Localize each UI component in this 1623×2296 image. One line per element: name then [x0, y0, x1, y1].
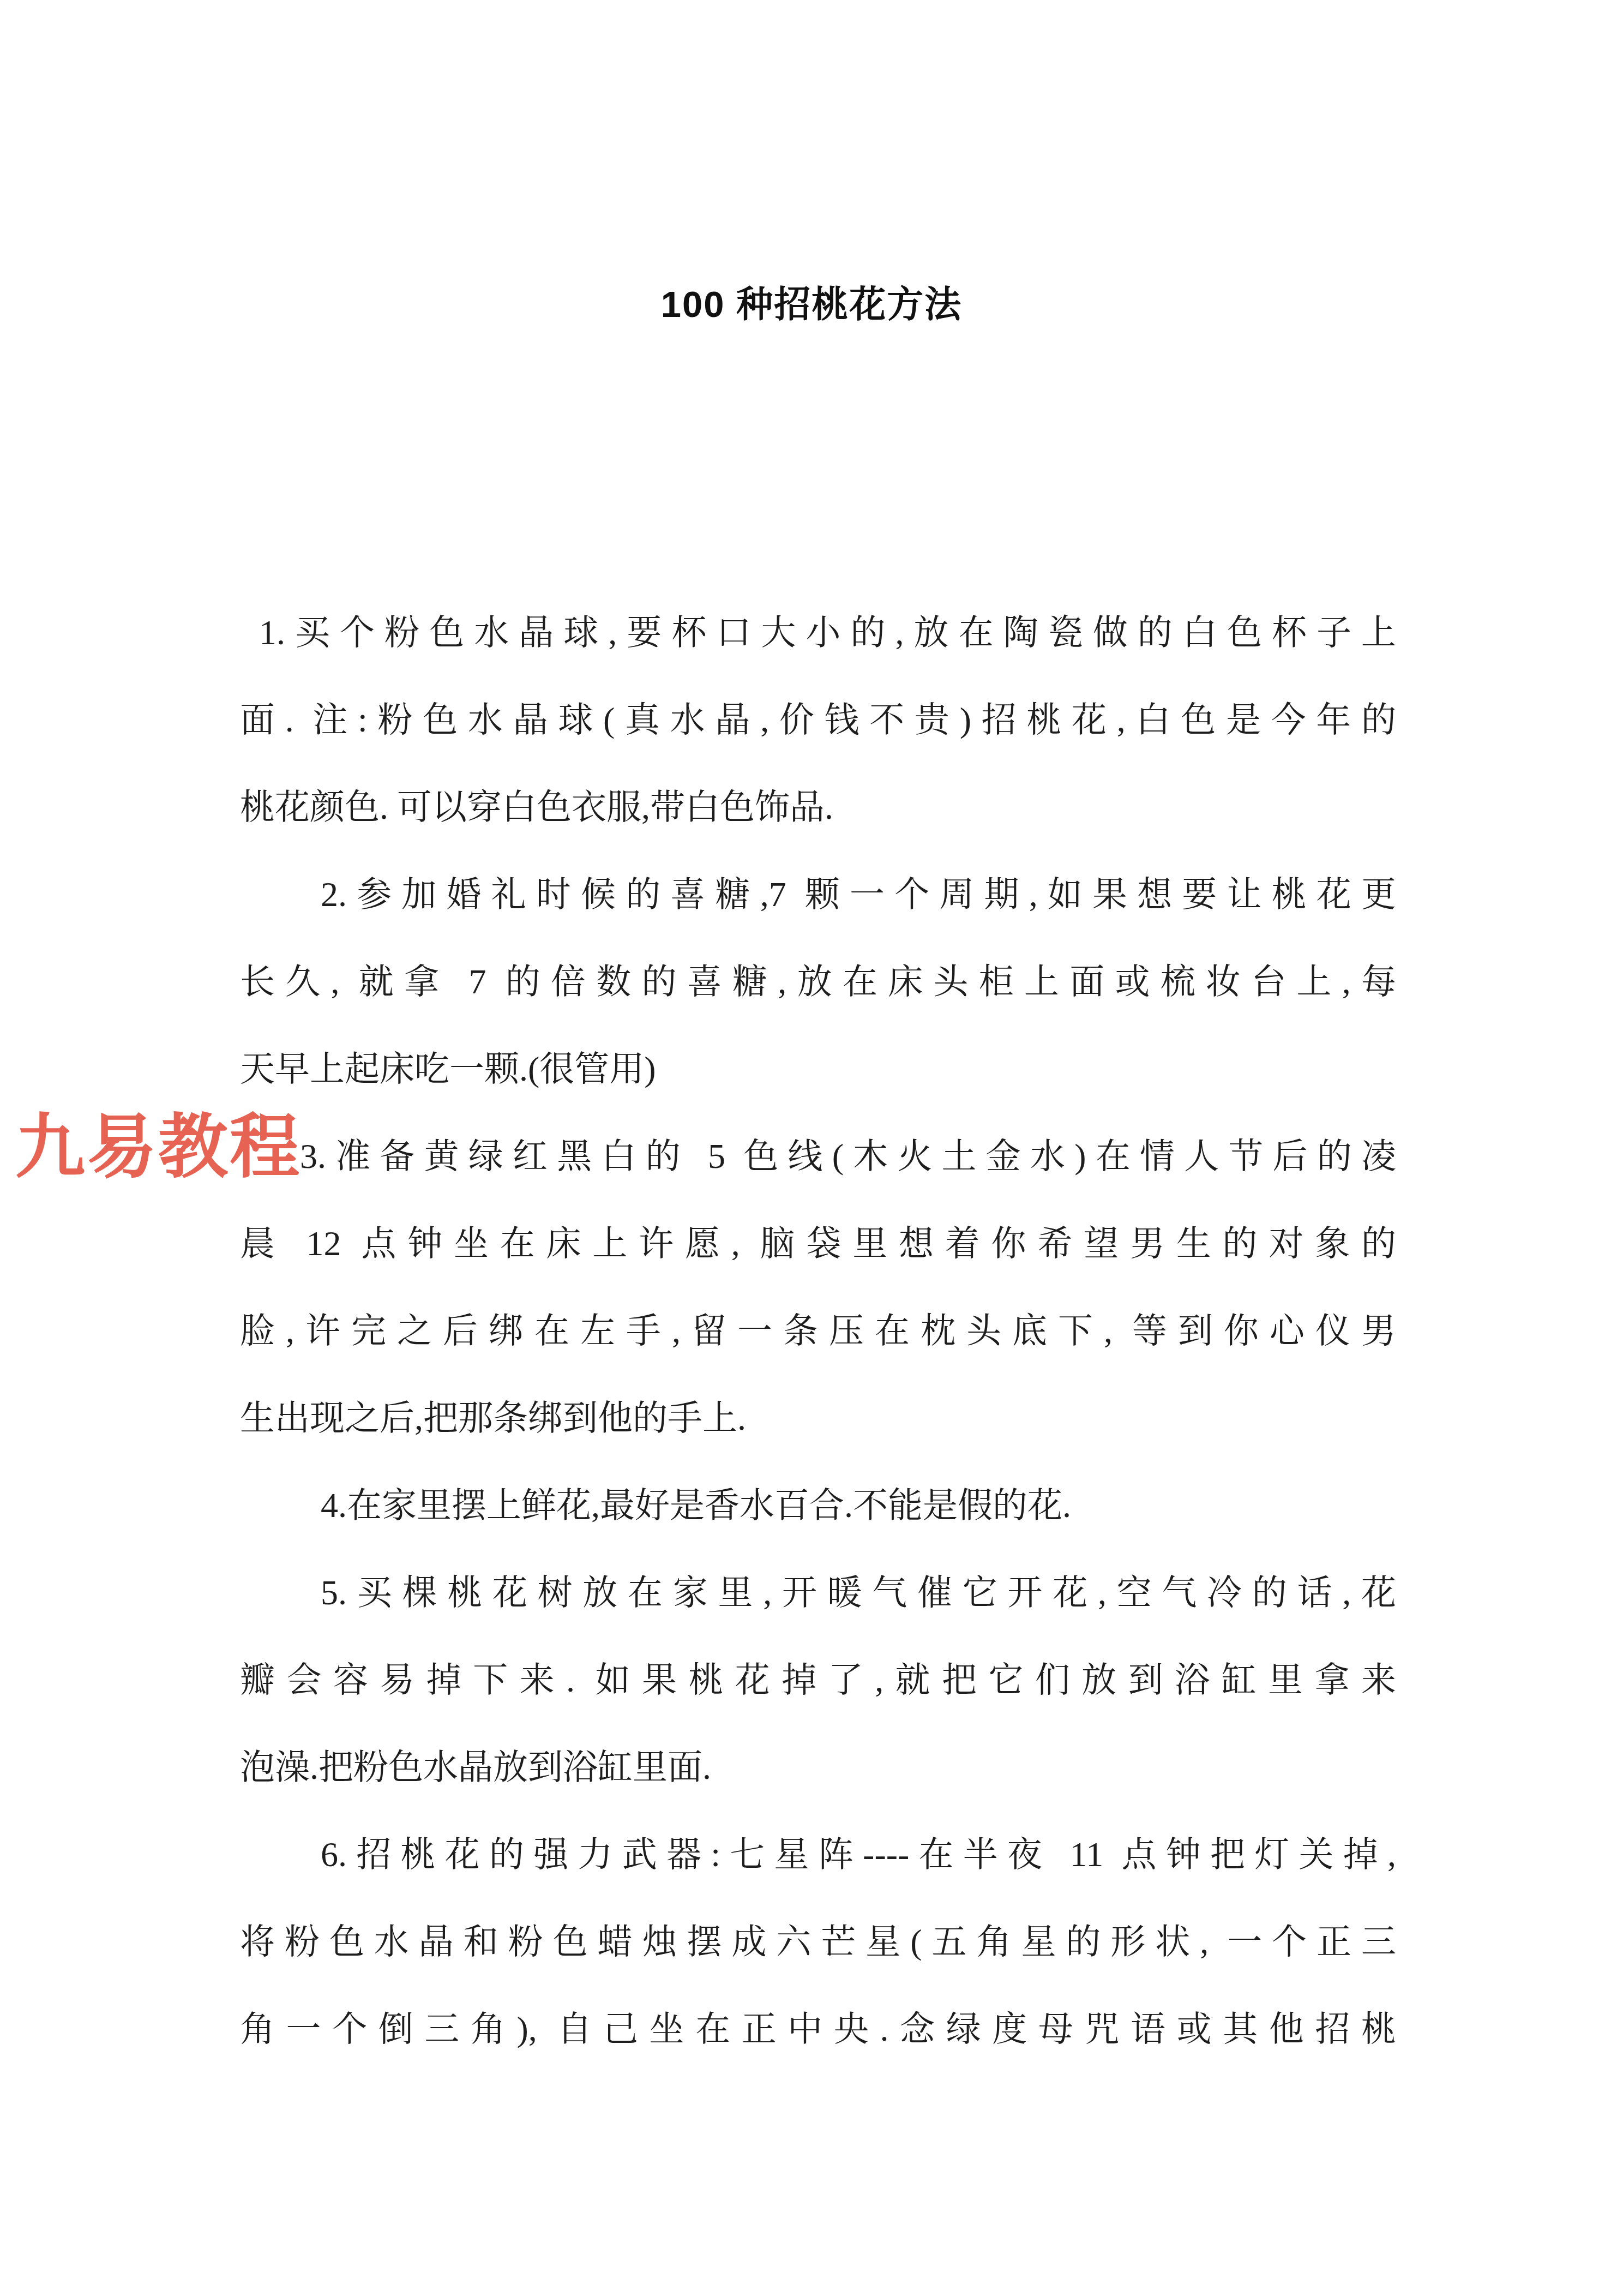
text-line: 脸,许完之后绑在左手,留一条压在枕头底下, 等到你心仪男	[240, 1287, 1396, 1375]
document-page: 100 种招桃花方法 九易教程 1.买个粉色水晶球,要杯口大小的,放在陶瓷做的白…	[0, 0, 1623, 2296]
text-line: 4.在家里摆上鲜花,最好是香水百合.不能是假的花.	[240, 1462, 1396, 1549]
text-line: 6.招桃花的强力武器:七星阵----在半夜 11 点钟把灯关掉,	[240, 1811, 1396, 1898]
text-line: 瓣会容易掉下来. 如果桃花掉了,就把它们放到浴缸里拿来	[240, 1636, 1396, 1724]
text-line: 面. 注:粉色水晶球(真水晶,价钱不贵)招桃花,白色是今年的	[240, 676, 1396, 764]
text-line: 桃花颜色. 可以穿白色衣服,带白色饰品.	[240, 764, 1396, 851]
text-line: 5.买棵桃花树放在家里,开暖气催它开花,空气冷的话,花	[240, 1549, 1396, 1636]
document-body: 1.买个粉色水晶球,要杯口大小的,放在陶瓷做的白色杯子上 面. 注:粉色水晶球(…	[240, 589, 1396, 2073]
text-line: 2.参加婚礼时候的喜糖,7 颗一个周期,如果想要让桃花更	[240, 851, 1396, 938]
text-line: 泡澡.把粉色水晶放到浴缸里面.	[240, 1724, 1396, 1811]
text-line: 生出现之后,把那条绑到他的手上.	[240, 1375, 1396, 1462]
document-title: 100 种招桃花方法	[0, 275, 1623, 328]
text-line: 1.买个粉色水晶球,要杯口大小的,放在陶瓷做的白色杯子上	[240, 589, 1396, 676]
text-line: 天早上起床吃一颗.(很管用)	[240, 1026, 1396, 1113]
text-line: 长久, 就拿 7 的倍数的喜糖,放在床头柜上面或梳妆台上,每	[240, 938, 1396, 1026]
text-line: 晨 12 点钟坐在床上许愿, 脑袋里想着你希望男生的对象的	[240, 1200, 1396, 1287]
text-line: 将粉色水晶和粉色蜡烛摆成六芒星(五角星的形状, 一个正三	[240, 1898, 1396, 1986]
text-line: 3.准备黄绿红黑白的 5 色线(木火土金水)在情人节后的凌	[240, 1113, 1396, 1200]
text-line: 角一个倒三角), 自己坐在正中央.念绿度母咒语或其他招桃	[240, 1986, 1396, 2073]
watermark-text: 九易教程	[15, 1107, 301, 1188]
